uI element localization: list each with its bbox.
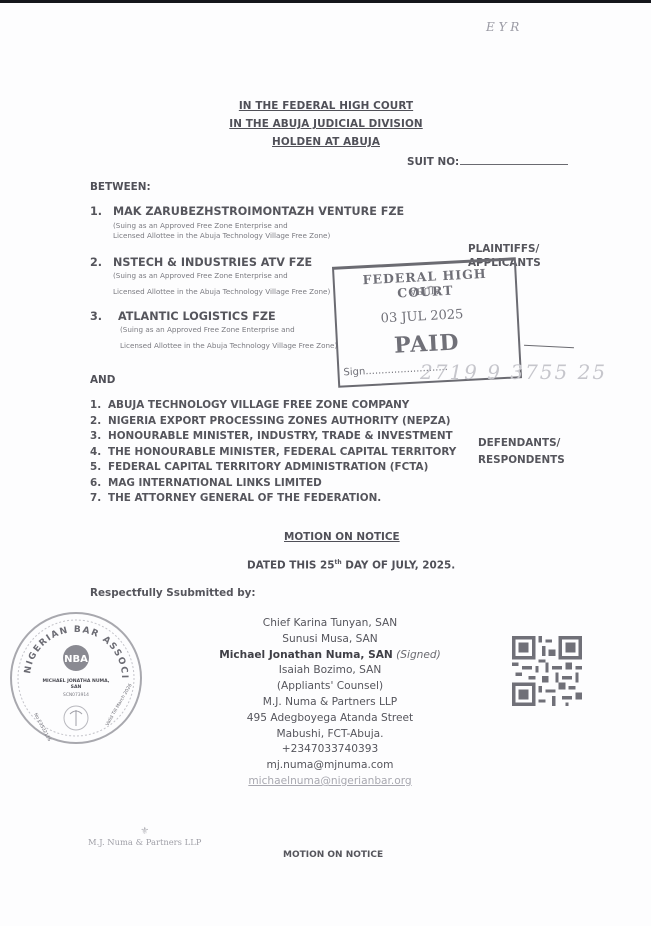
between-label: BETWEEN: <box>90 181 151 193</box>
and-label: AND <box>90 374 115 386</box>
suit-number-blank <box>460 155 568 165</box>
fleur-icon: ⚜ <box>88 826 201 837</box>
defendant-item: 1.ABUJA TECHNOLOGY VILLAGE FREE ZONE COM… <box>90 398 456 414</box>
firm-email[interactable]: mj.numa@mjnuma.com <box>180 758 480 774</box>
seal-graphic: NIGERIAN BAR ASSOCIATION NBA MICHAEL JON… <box>12 614 140 742</box>
firm-address-1: 495 Adegboyega Atanda Street <box>180 711 480 727</box>
handwritten-stroke <box>524 345 574 349</box>
defendant-item: 3.HONOURABLE MINISTER, INDUSTRY, TRADE &… <box>90 429 456 445</box>
counsel-line-5: (Appliants' Counsel) <box>180 679 480 695</box>
firm-name: M.J. Numa & Partners LLP <box>180 695 480 711</box>
handwritten-stamp-number: 2719 9 3755 25 <box>420 360 607 384</box>
defendants-role: DEFENDANTS/RESPONDENTS <box>478 435 565 469</box>
qr-code-icon <box>512 636 582 706</box>
svg-text:SCN073914: SCN073914 <box>63 692 89 698</box>
defendant-item: 2.NIGERIA EXPORT PROCESSING ZONES AUTHOR… <box>90 414 456 430</box>
defendant-item: 4.THE HONOURABLE MINISTER, FEDERAL CAPIT… <box>90 445 456 461</box>
svg-text:SAN: SAN <box>71 684 82 690</box>
firm-phone: +2347033740393 <box>180 742 480 758</box>
svg-text:MICHAEL JONATHA NUMA,: MICHAEL JONATHA NUMA, <box>42 678 109 684</box>
plaintiff-3-description: (Suing as an Approved Free Zone Enterpri… <box>120 322 337 354</box>
dated-line: DATED THIS 25th DAY OF JULY, 2025. <box>247 559 455 571</box>
stamp-date: 03 JUL 2025 <box>380 307 463 326</box>
svg-text:No E3532116: No E3532116 <box>32 712 52 742</box>
counsel-line-2: Sunusi Musa, SAN <box>180 632 480 648</box>
plaintiff-2-description: (Suing as an Approved Free Zone Enterpri… <box>113 268 330 300</box>
stamp-status: PAID <box>393 329 460 358</box>
plaintiff-3-number: 3. <box>90 310 102 323</box>
court-header-line-1: IN THE FEDERAL HIGH COURT <box>126 100 526 112</box>
plaintiff-1-description: (Suing as an Approved Free Zone Enterpri… <box>113 219 330 242</box>
plaintiff-1-number: 1. <box>90 205 102 218</box>
defendant-item: 6.MAG INTERNATIONAL LINKS LIMITED <box>90 476 456 492</box>
firm-address-2: Mabushi, FCT-Abuja. <box>180 727 480 743</box>
defendant-item: 7.THE ATTORNEY GENERAL OF THE FEDERATION… <box>90 491 456 507</box>
court-header-line-3: HOLDEN AT ABUJA <box>126 136 526 148</box>
top-edge-bar <box>0 0 651 3</box>
nba-email[interactable]: michaelnuma@nigerianbar.org <box>180 774 480 790</box>
defendants-list: 1.ABUJA TECHNOLOGY VILLAGE FREE ZONE COM… <box>90 398 456 507</box>
handwritten-initials: E Y R <box>486 20 519 34</box>
firm-logo: ⚜ M.J. Numa & Partners LLP <box>88 826 201 847</box>
plaintiff-1-name: MAK ZARUBEZHSTROIMONTAZH VENTURE FZE <box>113 205 404 218</box>
respectfully-submitted-label: Respectfully Ssubmitted by: <box>90 587 256 599</box>
svg-text:NBA: NBA <box>64 654 88 665</box>
suit-number-field: SUIT NO: <box>407 155 568 168</box>
counsel-block: Chief Karina Tunyan, SAN Sunusi Musa, SA… <box>180 616 480 790</box>
counsel-line-4: Isaiah Bozimo, SAN <box>180 663 480 679</box>
court-header-line-2: IN THE ABUJA JUDICIAL DIVISION <box>126 118 526 130</box>
motion-title: MOTION ON NOTICE <box>284 531 400 543</box>
svg-text:Valid Till March 2026: Valid Till March 2026 <box>105 683 134 727</box>
defendant-item: 5.FEDERAL CAPITAL TERRITORY ADMINISTRATI… <box>90 460 456 476</box>
counsel-line-1: Chief Karina Tunyan, SAN <box>180 616 480 632</box>
footer-title: MOTION ON NOTICE <box>283 850 383 860</box>
suit-number-label: SUIT NO: <box>407 156 459 168</box>
nba-seal: NIGERIAN BAR ASSOCIATION NBA MICHAEL JON… <box>10 612 142 744</box>
counsel-line-3: Michael Jonathan Numa, SAN (Signed) <box>180 648 480 664</box>
plaintiff-2-number: 2. <box>90 256 102 269</box>
